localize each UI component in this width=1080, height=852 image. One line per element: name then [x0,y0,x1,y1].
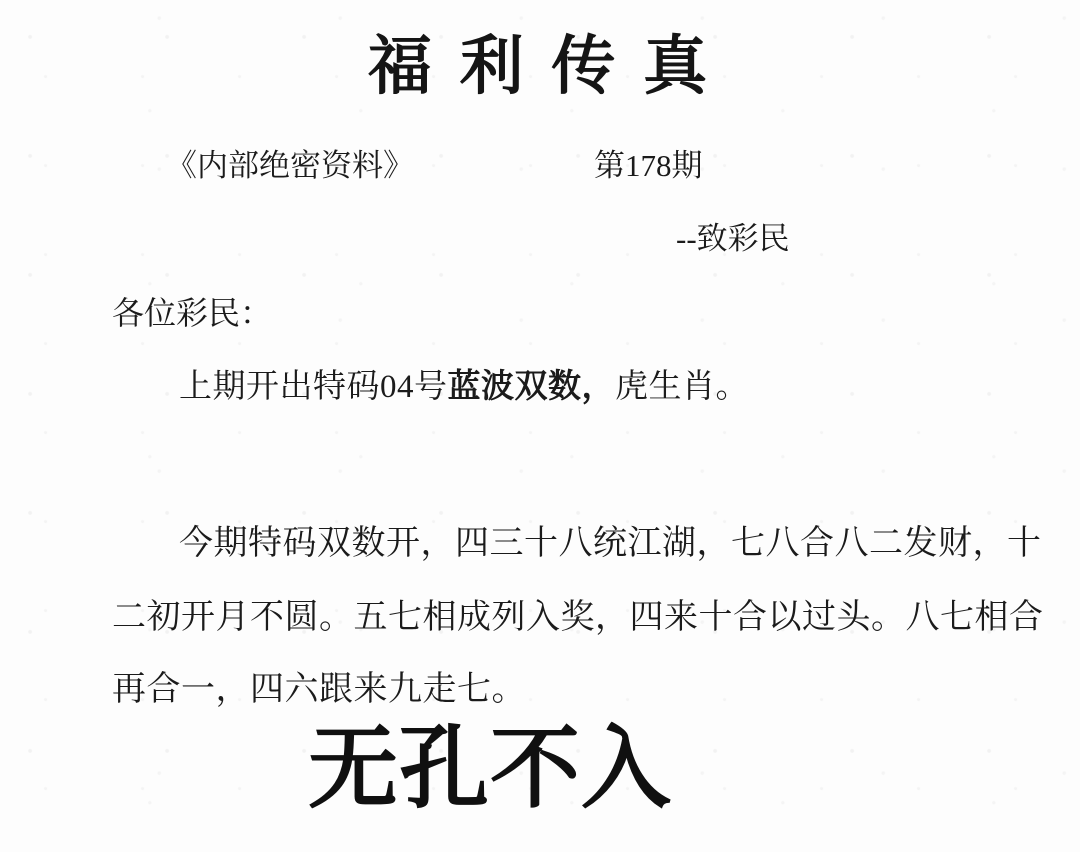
fax-document-page: 福 利 传 真 《内部绝密资料》 第178期 --致彩民 各位彩民： 上期开出特… [0,0,1080,852]
issue-label: 第178期 [594,146,703,186]
prediction-line: 再合一，四六跟来九走七。 [112,668,526,712]
page-title: 福 利 传 真 [0,28,1080,105]
byline: --致彩民 [676,219,790,259]
last-result-line: 上期开出特码04号蓝波双数，虎生肖。 [179,366,749,409]
last-result-highlight: 蓝波双数， [448,369,616,405]
footer-slogan: 无孔不入 [308,718,672,822]
prediction-line: 二初开月不圆。五七相成列入奖，四来十合以过头。八七相合 [112,596,1044,640]
prediction-line: 今期特码双数开，四三十八统江湖，七八合八二发财，十 [179,522,1042,566]
last-result-prefix: 上期开出特码04号 [179,369,448,405]
salutation: 各位彩民： [112,293,272,335]
source-label: 《内部绝密资料》 [166,146,414,186]
last-result-suffix: 虎生肖。 [615,369,749,405]
